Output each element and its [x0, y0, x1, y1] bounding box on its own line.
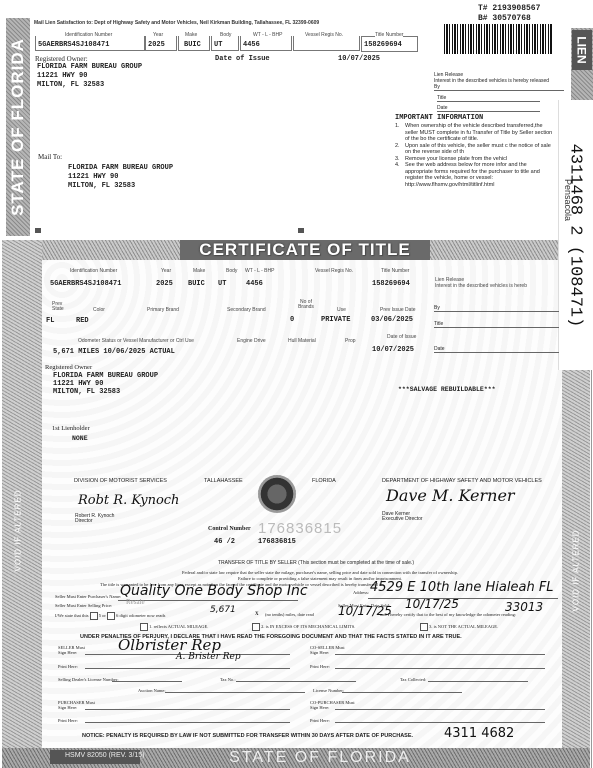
odometer-option-actual: 1. reflects ACTUAL MILEAGE.	[140, 623, 208, 631]
stub-title-value: 158269694	[364, 41, 402, 49]
stub-lien-date-label: Date	[437, 105, 448, 111]
cert-no-brands-label: No of Brands	[296, 300, 316, 310]
void-if-altered-text: VOID IF ALTERED	[14, 489, 23, 571]
control-number-large: 176836815	[258, 520, 342, 537]
tax-no-label: Tax No.:	[220, 677, 236, 682]
dealer-license-field[interactable]	[112, 675, 182, 682]
stub-lien-by-field[interactable]: By	[434, 84, 564, 91]
stub-make-value: BUIC	[184, 41, 201, 49]
purchaser-name-value: Quality One Body Shop Inc	[120, 583, 308, 599]
state-of-florida-label: STATE OF FLORIDA	[8, 38, 28, 216]
cert-id-value: 5GAERBRS4SJ108471	[50, 280, 121, 288]
excess-mileage-checkbox[interactable]	[252, 623, 260, 631]
cert-prev-state-value: FL	[46, 317, 54, 325]
cert-owner-street: 11221 HWY 90	[53, 380, 158, 388]
cert-registered-owner-label: Registered Owner	[45, 364, 92, 371]
bottom-state-banner: STATE OF FLORIDA	[210, 748, 430, 768]
penalty-notice: NOTICE: PENALTY IS REQUIRED BY LAW IF NO…	[82, 733, 413, 739]
stub-wt-value: 4456	[243, 41, 260, 49]
form-code: HSMV 82050 (REV. 3/15)	[65, 752, 145, 759]
stub-registered-owner-label: Registered Owner:	[35, 55, 88, 63]
first-lienholder-value: NONE	[72, 435, 88, 442]
cert-primary-brand-label: Primary Brand	[147, 307, 179, 313]
cert-prev-state-label: Prev State	[52, 302, 66, 312]
stub-lien-by-label: By	[434, 84, 440, 90]
department-label: DEPARTMENT OF HIGHWAY SAFETY AND MOTOR V…	[382, 478, 542, 484]
cert-use-label: Use	[337, 307, 346, 313]
seller-print-label: Print Here:	[58, 664, 78, 669]
handwritten-stock-number: 4311 4682	[444, 726, 514, 741]
stub-body-label: Body	[220, 32, 231, 38]
cert-color-value: RED	[76, 317, 89, 325]
co-purchaser-signature-field[interactable]	[335, 703, 545, 710]
lien-tab: LIEN	[572, 30, 592, 70]
important-item: 1.When ownership of the vehicle describe…	[395, 123, 555, 143]
cert-lien-release: Lien Release Interest in the described v…	[435, 277, 527, 289]
b-number: B# 30570768	[478, 14, 540, 24]
perforation-mark	[298, 228, 304, 233]
co-seller-signature-field[interactable]	[335, 648, 545, 655]
co-purchaser-print-field[interactable]	[335, 716, 545, 723]
cert-hull-material-label: Hull Material	[288, 338, 316, 344]
void-if-altered-right: VOID IF ALTERED	[566, 470, 586, 670]
sticker-city-text: Pensacola	[563, 179, 573, 221]
opt1-label: 1. reflects ACTUAL MILEAGE.	[149, 624, 208, 629]
auction-name-field[interactable]	[165, 686, 305, 693]
stub-make-label: Make	[185, 32, 197, 38]
mail-to-name: FLORIDA FARM BUREAU GROUP	[68, 164, 173, 173]
cert-prop-label: Prop	[345, 338, 356, 344]
certificate-title-banner: CERTIFICATE OF TITLE	[195, 240, 415, 260]
cert-no-brands-value: 0	[290, 316, 294, 324]
seller-print-stamp: A. Brister Rep	[176, 652, 241, 662]
co-seller-print-field[interactable]	[335, 662, 545, 669]
stub-id-label: Identification Number	[63, 32, 114, 38]
stub-lien-title-label: Title	[437, 95, 446, 101]
not-actual-mileage-checkbox[interactable]	[420, 623, 428, 631]
item-number: 1.	[395, 123, 405, 143]
odometer-option-not-actual: 3. is NOT THE ACTUAL MILEAGE.	[420, 623, 498, 631]
purchaser-print-label: Print Here:	[58, 718, 78, 723]
cert-secondary-brand-label: Secondary Brand	[227, 307, 266, 313]
executive-director-title: Executive Director	[382, 517, 423, 522]
cert-owner-name: FLORIDA FARM BUREAU GROUP	[53, 372, 158, 380]
cert-id-label: Identification Number	[70, 268, 117, 274]
federal-law-line: Federal and/or state law require that th…	[100, 570, 540, 575]
five-or-label: 5 or	[99, 613, 106, 618]
stub-title-label: Title Number	[375, 32, 403, 38]
director-name-block: Robert R. Kynoch Director	[75, 514, 114, 524]
odometer-option-excess: 2. is IN EXCESS OF ITS MECHANICAL LIMITS…	[252, 623, 355, 631]
stub-owner-block: FLORIDA FARM BUREAU GROUP 11221 HWY 90 M…	[37, 63, 142, 90]
stub-mail-to-block: FLORIDA FARM BUREAU GROUP 11221 HWY 90 M…	[68, 164, 173, 191]
first-lienholder-label: 1st Lienholder	[52, 425, 90, 432]
control-code: 46 /2	[214, 538, 235, 546]
stub-date-of-issue-value: 10/07/2025	[338, 55, 380, 63]
cert-year-label: Year	[161, 268, 171, 274]
bottom-state-title: STATE OF FLORIDA	[229, 749, 411, 767]
cert-prev-issue-label: Prev Issue Date	[380, 307, 416, 313]
important-info-heading: IMPORTANT INFORMATION	[395, 114, 483, 122]
seller-sign-here-label: Sign Here:	[58, 650, 85, 655]
cert-title-number-value: 158269694	[372, 280, 410, 288]
stub-lien-date-field[interactable]: Date	[437, 105, 540, 112]
florida-seal-icon	[258, 475, 296, 513]
void-if-altered-left: VOID IF ALTERED	[8, 420, 28, 640]
stub-lien-title-field[interactable]: Title	[437, 95, 540, 102]
certify-line: and I hereby certify that to the best of…	[380, 612, 516, 617]
cert-date-of-issue-value: 10/07/2025	[372, 346, 414, 354]
cert-lien-date-label: Date	[434, 346, 445, 352]
brand-note: ***SALVAGE REBUILDABLE***	[398, 386, 496, 393]
barcode	[444, 24, 552, 54]
cert-color-label: Color	[93, 307, 105, 313]
stub-year-label: Year	[153, 32, 163, 38]
stub-id-value: 5GAERBRS4SJ108471	[38, 41, 109, 49]
stub-year-value: 2025	[148, 41, 165, 49]
cert-owner-city: MILTON, FL 32583	[53, 388, 158, 396]
cert-use-value: PRIVATE	[321, 316, 350, 324]
tax-collected-field[interactable]	[428, 675, 528, 682]
address-value: 4529 E 10th lane Hialeah FL	[370, 580, 554, 595]
sticker-city: Pensacola	[548, 170, 588, 230]
seller-print-field[interactable]	[85, 662, 290, 669]
director-title: Director	[75, 519, 114, 524]
cert-title-number-label: Title Number	[381, 268, 409, 274]
item-text: When ownership of the vehicle described …	[405, 123, 555, 143]
tenths-value: X	[255, 612, 259, 617]
stub-tracking-numbers: T# 2193908567 B# 30570768	[478, 4, 540, 24]
auction-name-label: Auction Name:	[138, 688, 166, 693]
important-info-list: 1.When ownership of the vehicle describe…	[395, 123, 555, 188]
transfer-heading: TRANSFER OF TITLE BY SELLER (This sectio…	[218, 560, 414, 566]
certificate-title: CERTIFICATE OF TITLE	[199, 240, 410, 260]
cert-wt-label: WT - L - BHP	[245, 268, 274, 274]
seller-label: SELLER Must Sign Here:	[58, 645, 85, 655]
cert-odometer-label: Odometer Status or Vessel Manufacturer o…	[78, 338, 194, 344]
odometer-statement-label: I/We state that this	[55, 613, 89, 618]
cert-lien-title-label: Title	[434, 321, 443, 327]
cert-lien-date-field[interactable]: Date	[434, 346, 559, 353]
cert-body-value: UT	[218, 280, 226, 288]
item-text: Upon sale of this vehicle, the seller mu…	[405, 143, 555, 156]
tax-no-field[interactable]	[236, 675, 356, 682]
cert-lien-title-field[interactable]: Title	[434, 321, 559, 328]
stub-owner-city: MILTON, FL 32583	[37, 81, 142, 90]
void-if-altered-text: VOID IF ALTERED	[572, 529, 581, 611]
stub-owner-name: FLORIDA FARM BUREAU GROUP	[37, 63, 142, 72]
six-digit-checkbox[interactable]	[107, 612, 115, 620]
miles-date-label: (no tenths) miles, date read	[265, 612, 314, 617]
purchaser-name-label: Seller Must Enter Purchaser's Name:	[55, 594, 121, 599]
cert-lien-release-text: Interest in the described vehicles is he…	[435, 283, 527, 289]
t-number: T# 2193908567	[478, 4, 540, 14]
cert-vessel-label: Vessel Regis No.	[315, 268, 353, 274]
important-item: 4.See the web address below for more inf…	[395, 162, 555, 188]
stub-side-band-text: STATE OF FLORIDA	[6, 18, 30, 236]
cert-prev-issue-value: 03/06/2025	[371, 316, 413, 324]
cert-make-value: BUIC	[188, 280, 205, 288]
director-signature: Robt R. Kynoch	[78, 493, 179, 508]
stub-vehicle-row: Identification Number 5GAERBRS4SJ108471 …	[35, 30, 440, 52]
item-number: 2.	[395, 143, 405, 156]
city-label: TALLAHASSEE	[204, 478, 243, 484]
stub-date-of-issue-label: Date of Issue	[215, 55, 270, 63]
item-text: See the web address below for more infor…	[405, 162, 555, 188]
address-label: Address:	[353, 590, 369, 595]
perforation-mark	[35, 228, 41, 233]
six-digit-label: 6 digit odometer now reads	[116, 613, 165, 618]
control-number-value: 176836815	[258, 538, 296, 546]
important-item: 2.Upon sale of this vehicle, the seller …	[395, 143, 555, 156]
cert-make-label: Make	[193, 268, 205, 274]
license-number-label: License Number:	[313, 688, 344, 693]
purchaser-print-field[interactable]	[85, 716, 290, 723]
five-digit-checkbox[interactable]	[90, 612, 98, 620]
dealer-license-label: Selling Dealer's License Number:	[58, 677, 119, 682]
cert-year-value: 2025	[156, 280, 173, 288]
opt2-label: 2. is IN EXCESS OF ITS MECHANICAL LIMITS…	[261, 624, 355, 629]
purchaser-signature-field[interactable]	[85, 703, 290, 710]
executive-director-block: Dave Kerner Executive Director	[382, 512, 423, 522]
cert-wt-value: 4456	[246, 280, 263, 288]
item-number: 4.	[395, 162, 405, 188]
cert-date-of-issue-label: Date of Issue	[387, 334, 416, 340]
lien-tab-label: LIEN	[575, 36, 589, 63]
co-purchaser-print-label: Print Here:	[310, 718, 330, 723]
cert-odometer-value: 5,671 MILES 10/06/2025 ACTUAL	[53, 348, 175, 356]
mail-to-city: MILTON, FL 32583	[68, 182, 173, 191]
stub-vessel-label: Vessel Regis No.	[305, 32, 343, 38]
opt3-label: 3. is NOT THE ACTUAL MILEAGE.	[429, 624, 498, 629]
license-number-field[interactable]	[342, 686, 462, 693]
cert-lien-by-field[interactable]: By	[434, 305, 559, 312]
control-number-label: Control Number	[208, 526, 251, 532]
actual-mileage-checkbox[interactable]	[140, 623, 148, 631]
cert-owner-block: FLORIDA FARM BUREAU GROUP 11221 HWY 90 M…	[53, 372, 158, 396]
resale-note: Resale	[126, 598, 145, 606]
odometer-reading-value: 5,671	[210, 605, 236, 615]
state-label: FLORIDA	[312, 478, 336, 484]
stub-lien-release: Lien Release Interest in the described v…	[434, 72, 569, 84]
stub-wt-label: WT - L - BHP	[253, 32, 282, 38]
stub-mail-to-label: Mail To:	[38, 153, 62, 161]
cert-body-label: Body	[226, 268, 237, 274]
mail-to-street: 11221 HWY 90	[68, 173, 173, 182]
selling-price-label: Seller Must Enter Selling Price:	[55, 603, 112, 608]
stub-body-value: UT	[214, 41, 222, 49]
division-label: DIVISION OF MOTORIST SERVICES	[74, 478, 167, 484]
cert-engine-drive-label: Engine Drive	[237, 338, 266, 344]
odometer-statement: I/We state that this 5 or 6 digit odomet…	[55, 612, 165, 620]
mail-lien-line: Mail Lien Satisfaction to: Dept of Highw…	[34, 20, 319, 26]
executive-director-signature: Dave M. Kerner	[386, 486, 515, 505]
date-sold-value: 10/17/25	[405, 597, 459, 611]
cert-lien-by-label: By	[434, 305, 440, 311]
stub-vessel-box	[293, 36, 360, 51]
tax-collected-label: Tax Collected:	[400, 677, 426, 682]
co-seller-print-label: Print Here:	[310, 664, 330, 669]
stub-owner-street: 11221 HWY 90	[37, 72, 142, 81]
